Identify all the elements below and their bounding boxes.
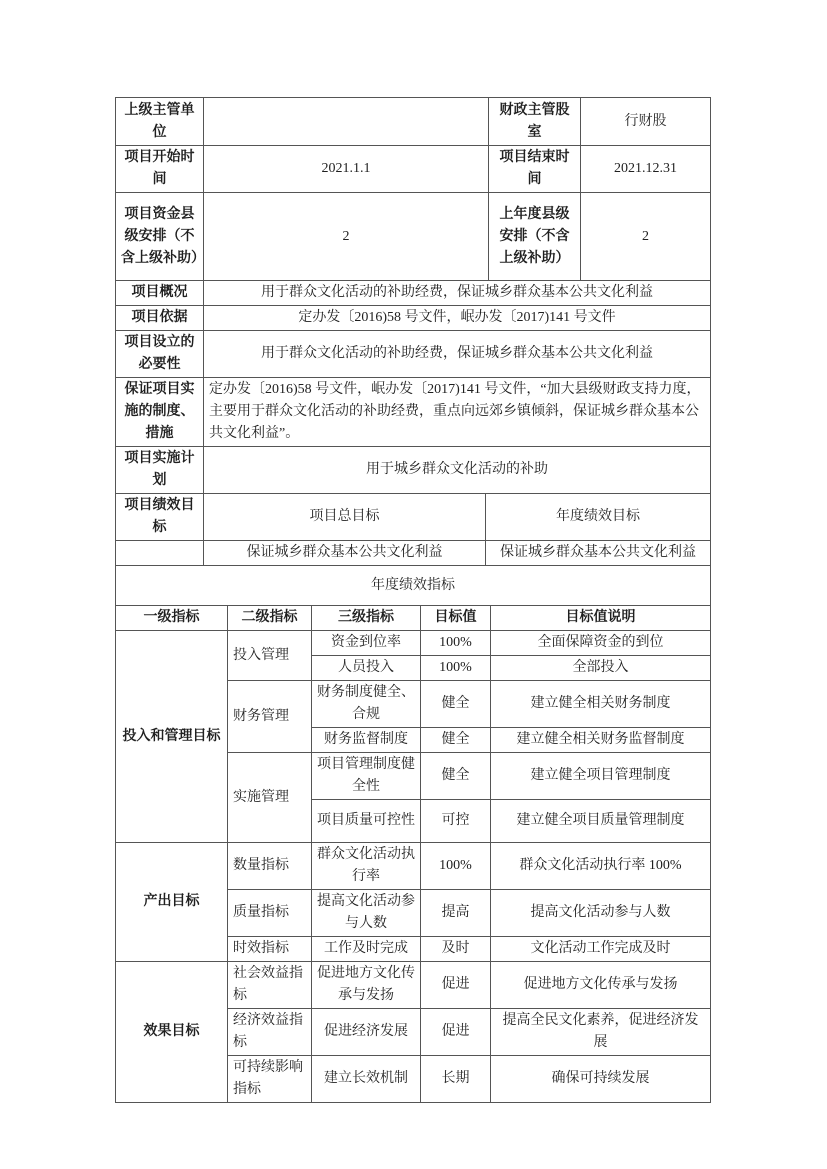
target-cell: 及时: [421, 937, 491, 962]
table-row: 年度绩效指标: [116, 566, 711, 606]
detail-value-cell: 定办发〔2016)58 号文件，岷办发〔2017)141 号文件，“加大县级财政…: [204, 378, 711, 447]
goal-total-value-cell: 保证城乡群众基本公共文化利益: [204, 541, 486, 566]
level2-cell: 实施管理: [228, 753, 312, 843]
table-row: 上级主管单位 财政主管股室 行财股: [116, 98, 711, 146]
target-cell: 健全: [421, 728, 491, 753]
desc-cell: 确保可持续发展: [491, 1056, 711, 1103]
target-cell: 促进: [421, 962, 491, 1009]
goal-label-cell: 项目绩效目标: [116, 494, 204, 541]
info-value-cell: 2: [204, 193, 489, 281]
detail-label-cell: 保证项目实施的制度、措施: [116, 378, 204, 447]
table-row: 项目资金县级安排（不含上级补助） 2 上年度县级安排（不含上级补助） 2: [116, 193, 711, 281]
table-row: 保证项目实施的制度、措施 定办发〔2016)58 号文件，岷办发〔2017)14…: [116, 378, 711, 447]
detail-label-cell: 项目设立的必要性: [116, 331, 204, 378]
table-row: 保证城乡群众基本公共文化利益 保证城乡群众基本公共文化利益: [116, 541, 711, 566]
table-row: 项目概况 用于群众文化活动的补助经费，保证城乡群众基本公共文化利益: [116, 281, 711, 306]
table-row: 项目开始时间 2021.1.1 项目结束时间 2021.12.31: [116, 146, 711, 193]
table-row: 项目依据 定办发〔2016)58 号文件，岷办发〔2017)141 号文件: [116, 306, 711, 331]
header-row: 一级指标 二级指标 三级指标 目标值 目标值说明: [116, 606, 711, 631]
desc-cell: 提高全民文化素养，促进经济发展: [491, 1009, 711, 1056]
performance-target-table: 上级主管单位 财政主管股室 行财股 项目开始时间 2021.1.1 项目结束时间…: [115, 97, 710, 1103]
level3-cell: 提高文化活动参与人数: [312, 890, 421, 937]
goal-label-empty-cell: [116, 541, 204, 566]
target-cell: 100%: [421, 843, 491, 890]
info-value-cell: 2021.12.31: [581, 146, 711, 193]
desc-cell: 建立健全相关财务监督制度: [491, 728, 711, 753]
detail-label-cell: 项目依据: [116, 306, 204, 331]
target-cell: 100%: [421, 656, 491, 681]
info-label-cell: 项目资金县级安排（不含上级补助）: [116, 193, 204, 281]
desc-cell: 建立健全项目管理制度: [491, 753, 711, 800]
info-label-cell: 项目结束时间: [489, 146, 581, 193]
detail-value-cell: 用于群众文化活动的补助经费，保证城乡群众基本公共文化利益: [204, 331, 711, 378]
target-cell: 促进: [421, 1009, 491, 1056]
annual-indicators-title: 年度绩效指标: [116, 566, 711, 606]
level3-cell: 财务制度健全、合规: [312, 681, 421, 728]
info-value-cell: [204, 98, 489, 146]
target-cell: 长期: [421, 1056, 491, 1103]
level2-cell: 财务管理: [228, 681, 312, 753]
detail-value-cell: 定办发〔2016)58 号文件，岷办发〔2017)141 号文件: [204, 306, 711, 331]
goal-total-header-cell: 项目总目标: [204, 494, 486, 541]
desc-cell: 群众文化活动执行率 100%: [491, 843, 711, 890]
level3-cell: 促进经济发展: [312, 1009, 421, 1056]
level1-cell: 效果目标: [116, 962, 228, 1103]
table-row: 项目实施计划 用于城乡群众文化活动的补助: [116, 447, 711, 494]
target-cell: 健全: [421, 681, 491, 728]
target-cell: 100%: [421, 631, 491, 656]
desc-cell: 建立健全相关财务制度: [491, 681, 711, 728]
level2-cell: 经济效益指标: [228, 1009, 312, 1056]
info-value-cell: 2: [581, 193, 711, 281]
desc-cell: 文化活动工作完成及时: [491, 937, 711, 962]
header-level3-cell: 三级指标: [312, 606, 421, 631]
document-page: 上级主管单位 财政主管股室 行财股 项目开始时间 2021.1.1 项目结束时间…: [0, 0, 827, 1169]
level2-cell: 时效指标: [228, 937, 312, 962]
level3-cell: 促进地方文化传承与发扬: [312, 962, 421, 1009]
header-level2-cell: 二级指标: [228, 606, 312, 631]
desc-cell: 建立健全项目质量管理制度: [491, 800, 711, 843]
indicator-row: 投入和管理目标 投入管理 资金到位率 100% 全面保障资金的到位: [116, 631, 711, 656]
detail-label-cell: 项目实施计划: [116, 447, 204, 494]
header-level1-cell: 一级指标: [116, 606, 228, 631]
level2-cell: 可持续影响指标: [228, 1056, 312, 1103]
annual-indicators-title-table: 年度绩效指标: [115, 565, 711, 606]
level3-cell: 资金到位率: [312, 631, 421, 656]
target-cell: 健全: [421, 753, 491, 800]
level3-cell: 群众文化活动执行率: [312, 843, 421, 890]
goal-annual-value-cell: 保证城乡群众基本公共文化利益: [486, 541, 711, 566]
level2-cell: 数量指标: [228, 843, 312, 890]
level3-cell: 工作及时完成: [312, 937, 421, 962]
header-desc-cell: 目标值说明: [491, 606, 711, 631]
level2-cell: 质量指标: [228, 890, 312, 937]
performance-goal-table: 项目绩效目标 项目总目标 年度绩效目标 保证城乡群众基本公共文化利益 保证城乡群…: [115, 493, 711, 566]
level3-cell: 建立长效机制: [312, 1056, 421, 1103]
indicator-row: 效果目标 社会效益指标 促进地方文化传承与发扬 促进 促进地方文化传承与发扬: [116, 962, 711, 1009]
level2-cell: 投入管理: [228, 631, 312, 681]
info-label-cell: 上年度县级安排（不含上级补助）: [489, 193, 581, 281]
table-row: 项目绩效目标 项目总目标 年度绩效目标: [116, 494, 711, 541]
table-row: 项目设立的必要性 用于群众文化活动的补助经费，保证城乡群众基本公共文化利益: [116, 331, 711, 378]
indicator-row: 产出目标 数量指标 群众文化活动执行率 100% 群众文化活动执行率 100%: [116, 843, 711, 890]
level2-cell: 社会效益指标: [228, 962, 312, 1009]
info-label-cell: 财政主管股室: [489, 98, 581, 146]
level3-cell: 人员投入: [312, 656, 421, 681]
desc-cell: 促进地方文化传承与发扬: [491, 962, 711, 1009]
project-info-table: 上级主管单位 财政主管股室 行财股 项目开始时间 2021.1.1 项目结束时间…: [115, 97, 711, 281]
indicator-table: 一级指标 二级指标 三级指标 目标值 目标值说明 投入和管理目标 投入管理 资金…: [115, 605, 711, 1103]
detail-value-cell: 用于群众文化活动的补助经费，保证城乡群众基本公共文化利益: [204, 281, 711, 306]
desc-cell: 全面保障资金的到位: [491, 631, 711, 656]
goal-annual-header-cell: 年度绩效目标: [486, 494, 711, 541]
info-value-cell: 行财股: [581, 98, 711, 146]
level3-cell: 项目质量可控性: [312, 800, 421, 843]
detail-label-cell: 项目概况: [116, 281, 204, 306]
target-cell: 提高: [421, 890, 491, 937]
info-label-cell: 项目开始时间: [116, 146, 204, 193]
level1-cell: 产出目标: [116, 843, 228, 962]
project-detail-table: 项目概况 用于群众文化活动的补助经费，保证城乡群众基本公共文化利益 项目依据 定…: [115, 280, 711, 494]
header-target-cell: 目标值: [421, 606, 491, 631]
level3-cell: 项目管理制度健全性: [312, 753, 421, 800]
detail-value-cell: 用于城乡群众文化活动的补助: [204, 447, 711, 494]
desc-cell: 提高文化活动参与人数: [491, 890, 711, 937]
info-label-cell: 上级主管单位: [116, 98, 204, 146]
level3-cell: 财务监督制度: [312, 728, 421, 753]
info-value-cell: 2021.1.1: [204, 146, 489, 193]
desc-cell: 全部投入: [491, 656, 711, 681]
level1-cell: 投入和管理目标: [116, 631, 228, 843]
target-cell: 可控: [421, 800, 491, 843]
